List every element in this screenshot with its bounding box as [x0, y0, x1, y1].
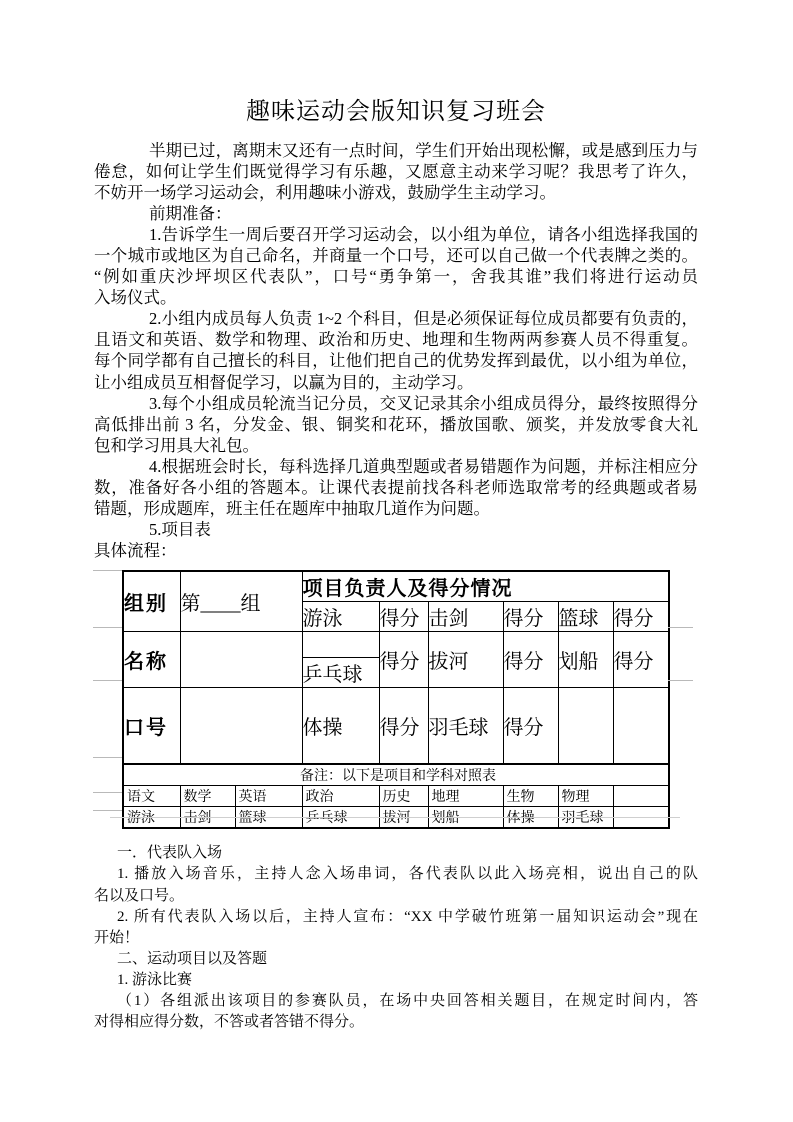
text-line: “例如重庆沙坪坝区代表队”，口号“勇争第一，舍我其谁”我们将进行运动员 [94, 266, 698, 287]
table-cell-score: 得分 [613, 601, 669, 631]
gridline-tick [93, 792, 122, 793]
text-line: 1. 游泳比赛 [94, 970, 698, 991]
schedule-table: 组别 第____组 项目负责人及得分情况 游泳 得分 击剑 得分 篮球 得分 名… [122, 570, 670, 830]
table-note: 备注：以下是项目和学科对照表 [123, 764, 669, 786]
text-line: （1）各组派出该项目的参赛队员，在场中央回答相关题目，在规定时间内，答 [94, 991, 698, 1012]
table-cell-badminton: 羽毛球 [428, 687, 503, 764]
table-cell-slogan-blank [180, 687, 302, 764]
text-line: 1. 播放入场音乐，主持人念入场串词，各代表队以此入场亮相，说出自己的队 [94, 864, 698, 885]
gridline-tick [668, 627, 693, 628]
table-cell-gymnastics: 体操 [302, 687, 379, 764]
gridline-tick [93, 570, 122, 571]
document-page: 趣味运动会版知识复习班会 半期已过，离期末又还有一点时间，学生们开始出现松懈，或… [0, 0, 793, 1122]
text-line: 高低排出前 3 名，分发金、银、铜奖和花环，播放国歌、颁奖，并发放零食大礼 [94, 414, 698, 435]
project-table-wrap: 组别 第____组 项目负责人及得分情况 游泳 得分 击剑 得分 篮球 得分 名… [122, 570, 668, 830]
table-cell-name-blank [180, 631, 302, 687]
text-line: 对得相应得分数，不答或者答错不得分。 [94, 1012, 698, 1033]
table-subject-history: 历史 [379, 786, 428, 807]
table-subject-geography: 地理 [428, 786, 503, 807]
table-cell-blank [558, 687, 613, 764]
table-cell-tugofwar: 拔河 [428, 631, 503, 687]
table-cell-score: 得分 [379, 601, 428, 631]
text-line: 不妨开一场学习运动会，利用趣味小游戏，鼓励学生主动学习。 [94, 182, 698, 203]
table-cell-score: 得分 [503, 687, 558, 764]
text-line: 具体流程： [94, 540, 698, 561]
text-line: 开始！ [94, 928, 698, 949]
text-line: 半期已过，离期末又还有一点时间，学生们开始出现松懈，或是感到压力与 [94, 140, 698, 161]
gridline-tick [93, 627, 122, 628]
text-line: 3.每个小组成员轮流当记分员，交叉记录其余小组成员得分，最终按照得分 [94, 393, 698, 414]
text-line: 一个城市或地区为自己命名，并商量一个口号，还可以自己做一个代表牌之类的。 [94, 245, 698, 266]
table-label-group: 组别 [123, 571, 180, 632]
table-cell-score: 得分 [503, 631, 558, 687]
table-subject-chinese: 语文 [123, 786, 180, 807]
text-line: 1.告诉学生一周后要召开学习运动会，以小组为单位，请各小组选择我国的 [94, 224, 698, 245]
table-cell-score: 得分 [503, 601, 558, 631]
text-line: 一．代表队入场 [94, 843, 698, 864]
table-header-scores: 项目负责人及得分情况 [302, 571, 669, 602]
table-subject-physics: 物理 [558, 786, 613, 807]
table-cell-pingpong: 乒乓球 [302, 657, 379, 687]
table-cell-score: 得分 [379, 687, 428, 764]
gridline-tick [93, 757, 122, 758]
text-line: 让小组成员互相督促学习，以赢为目的，主动学习。 [94, 372, 698, 393]
table-cell-basketball: 篮球 [558, 601, 613, 631]
document-title: 趣味运动会版知识复习班会 [94, 97, 698, 127]
table-cell-group-number: 第____组 [180, 571, 302, 632]
text-line: 倦怠，如何让学生们既觉得学习有乐趣，又愿意主动来学习呢？我思考了许久， [94, 161, 698, 182]
text-line: 前期准备： [94, 203, 698, 224]
table-label-name: 名称 [123, 631, 180, 687]
document-body: 趣味运动会版知识复习班会 半期已过，离期末又还有一点时间，学生们开始出现松懈，或… [94, 97, 698, 1033]
gridline-tick [93, 810, 122, 811]
table-subject-math: 数学 [180, 786, 235, 807]
text-line: 错题，形成题库，班主任在题库中抽取几道作为问题。 [94, 498, 698, 519]
procedure-text: 一．代表队入场1. 播放入场音乐，主持人念入场串词，各代表队以此入场亮相，说出自… [94, 843, 698, 1032]
table-cell-blank [613, 786, 669, 807]
text-line: 2.小组内成员每人负责 1~2 个科目，但是必须保证每位成员都要有负责的， [94, 308, 698, 329]
text-line: 数，准备好各小组的答题本。让课代表提前找各科老师选取常考的经典题或者易 [94, 477, 698, 498]
table-label-slogan: 口号 [123, 687, 180, 764]
text-line: 每个同学都有自己擅长的科目，让他们把自己的优势发挥到最优，以小组为单位， [94, 350, 698, 371]
text-line: 名以及口号。 [94, 886, 698, 907]
text-line: 入场仪式。 [94, 287, 698, 308]
table-cell-score: 得分 [613, 631, 669, 687]
text-line: 包和学习用具大礼包。 [94, 435, 698, 456]
table-cell-swimming: 游泳 [302, 601, 379, 631]
text-line: 5.项目表 [94, 519, 698, 540]
table-cell-fencing: 击剑 [428, 601, 503, 631]
table-subject-english: 英语 [235, 786, 302, 807]
intro-and-prep-text: 半期已过，离期末又还有一点时间，学生们开始出现松懈，或是感到压力与倦怠，如何让学… [94, 140, 698, 561]
table-subject-politics: 政治 [302, 786, 379, 807]
text-line: 2. 所有代表队入场以后，主持人宣布：“XX 中学破竹班第一届知识运动会”现在 [94, 907, 698, 928]
table-subject-biology: 生物 [503, 786, 558, 807]
table-cell-blank [613, 687, 669, 764]
table-cell-rowing: 划船 [558, 631, 613, 687]
table-cell-score: 得分 [379, 631, 428, 687]
gridline-tick [110, 817, 680, 818]
gridline-tick [93, 680, 122, 681]
text-line: 4.根据班会时长，每科选择几道典型题或者易错题作为问题，并标注相应分 [94, 456, 698, 477]
table-cell-blank [302, 631, 379, 657]
text-line: 且语文和英语、数学和物理、政治和历史、地理和生物两两参赛人员不得重复。 [94, 329, 698, 350]
gridline-tick [668, 680, 693, 681]
text-line: 二、运动项目以及答题 [94, 949, 698, 970]
